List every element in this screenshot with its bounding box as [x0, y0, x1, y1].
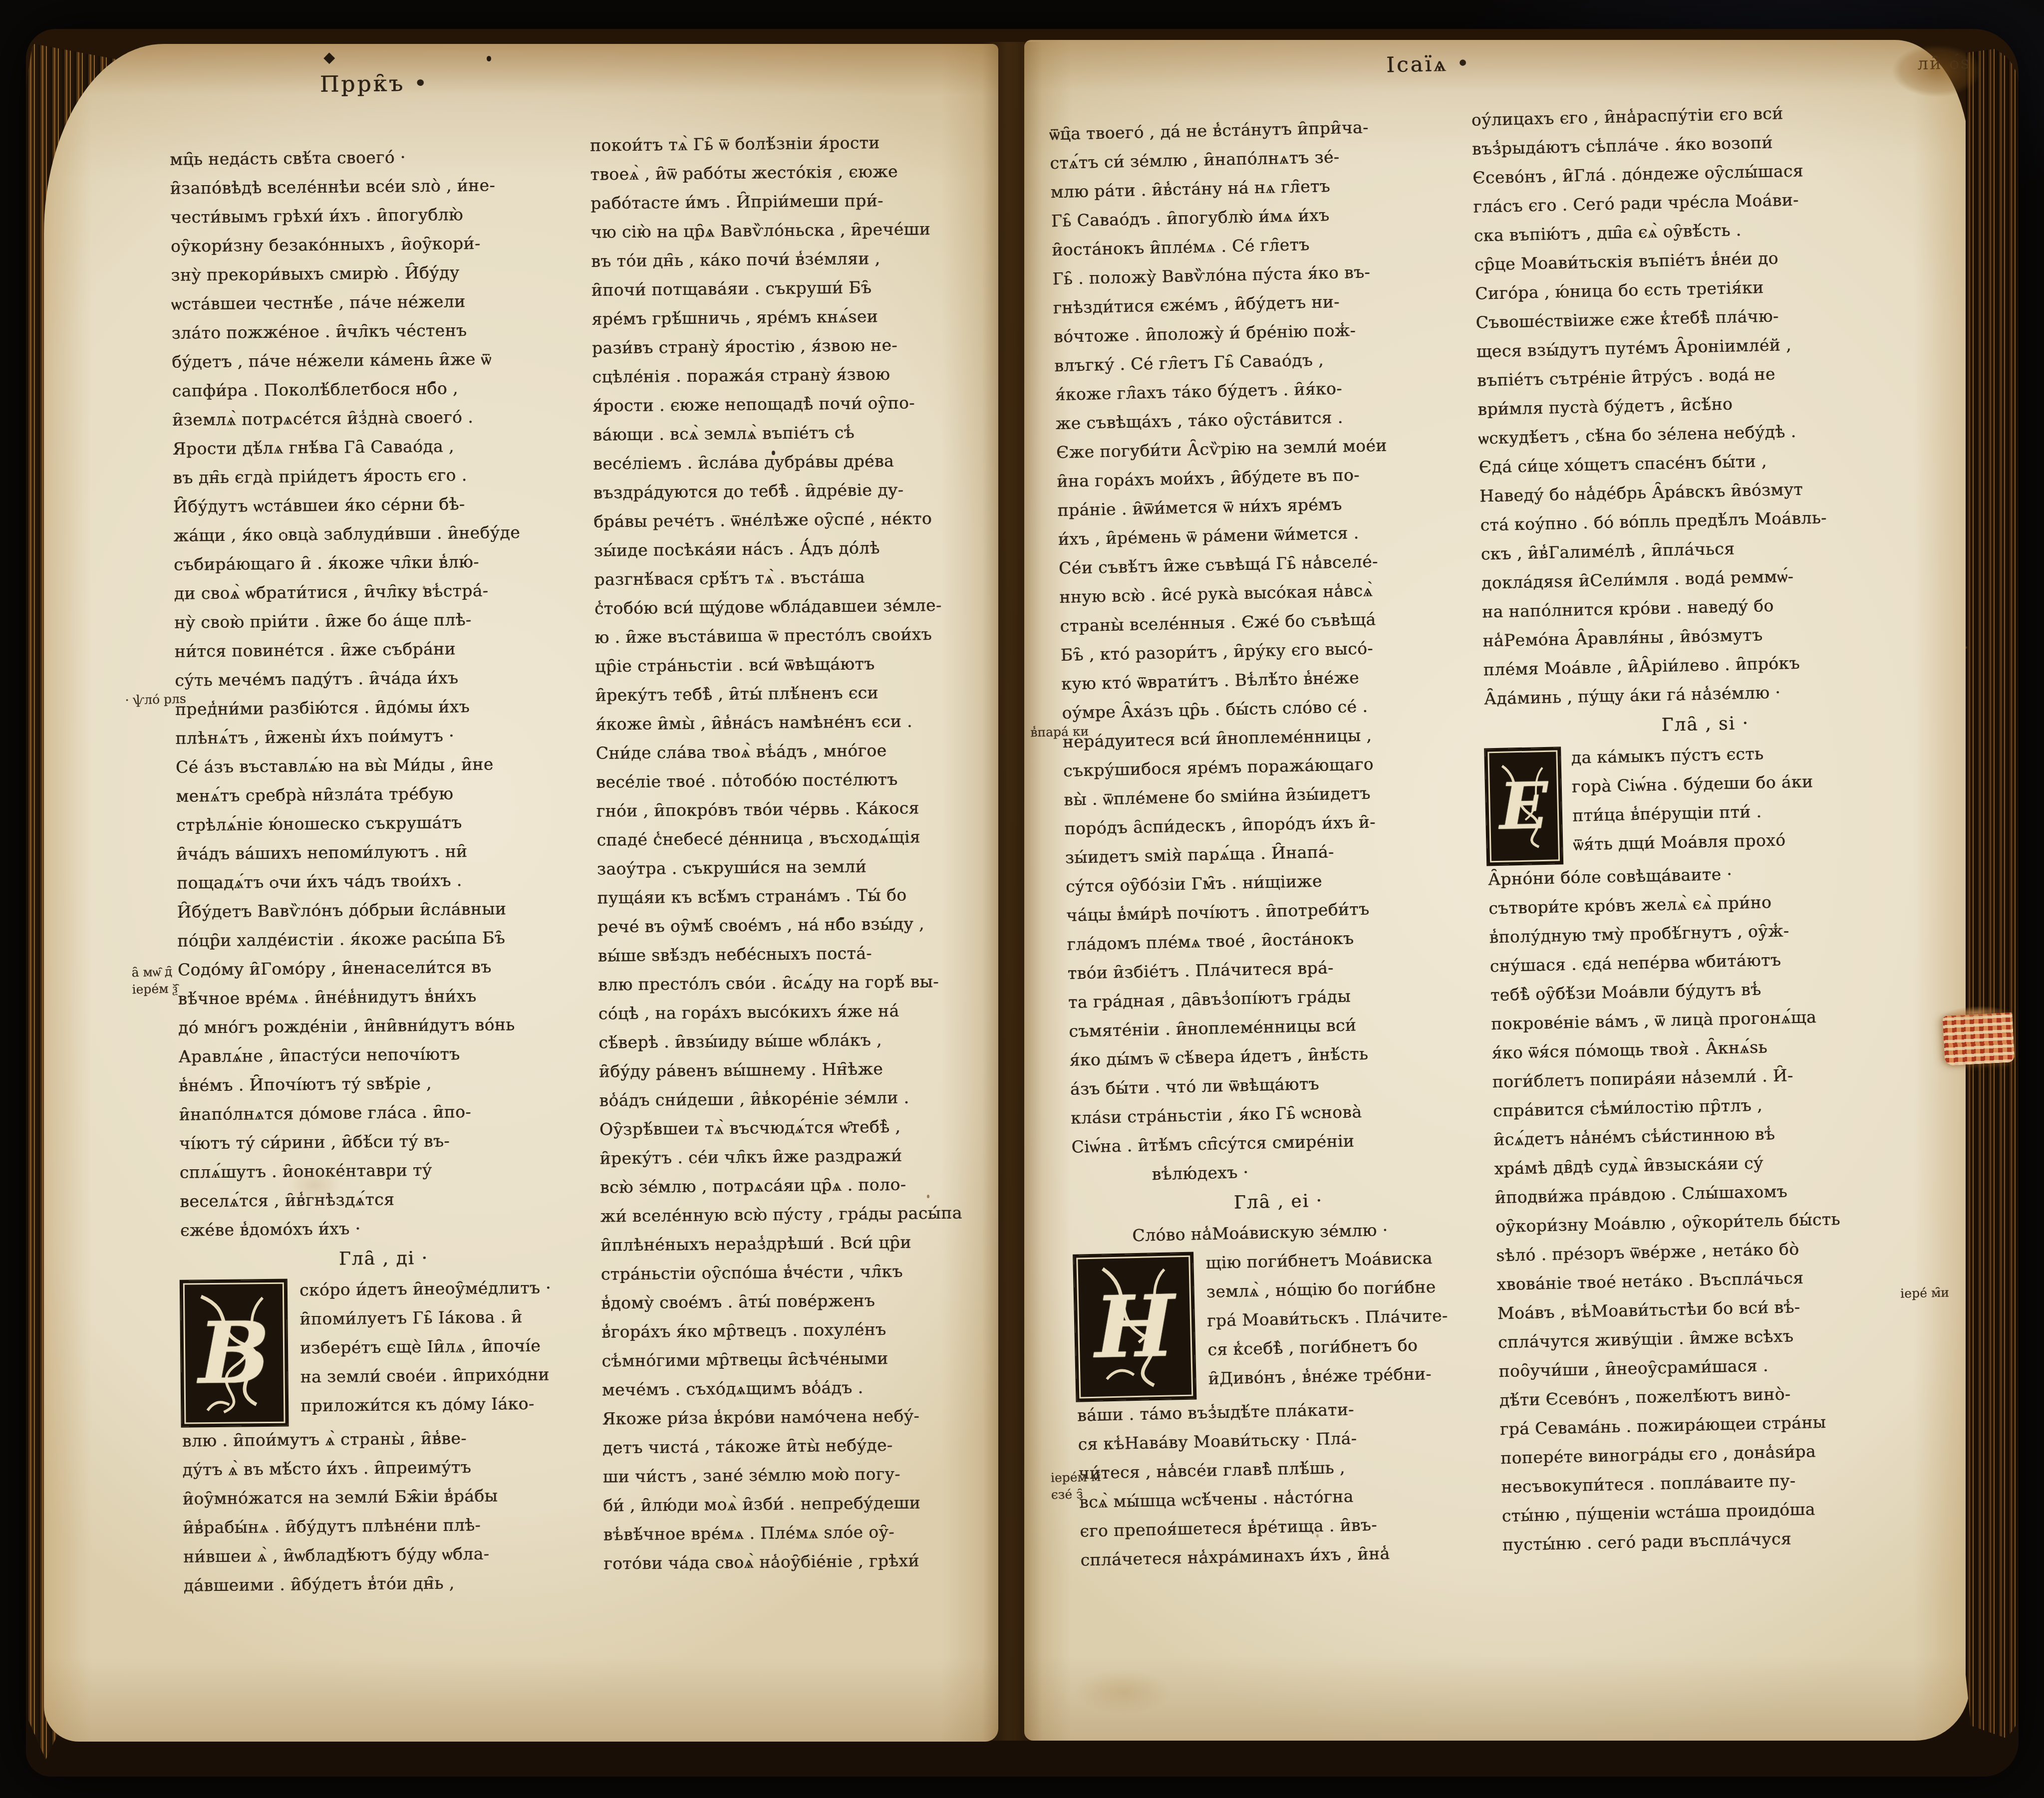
text-line: гото́ви ча́да своѧ̀ на̾оу̑біе́ніе , грѣх… — [603, 1545, 1017, 1578]
text-line: Се́ а́зъ въставлѧ́ю на вы̀ Ми́ды , и̑не — [176, 749, 583, 782]
text-line: покои́тъ тѧ̀ Гь̑ ѿ болѣ́зніи я́рости — [590, 127, 1004, 160]
text-line: Оу̑зрѣ́вшеи тѧ̀ въсчюдѧ́тся ѡ̑тебѣ̀ , — [599, 1111, 1013, 1144]
text-line: избере́тъ єщѐ Іи̑лѧ , и̑почі́е — [300, 1331, 552, 1363]
text-line: ю . и̑же въста́виша ѿ престо́лъ свои́хъ — [594, 619, 1008, 652]
text-line: стра́ньстіи оу̑спо́ша в̾че́сти , чл̑къ — [600, 1256, 1014, 1289]
text-line: менѧ́тъ сребра̀ ни̑зла́та тре́бую — [176, 778, 583, 811]
text-line: Якоже ри́за в̾кро́ви намо́чена небу́- — [602, 1401, 1016, 1434]
running-title-left: Пррк̑ъ • — [320, 71, 429, 97]
text-line: събира́ющаго и̑ . я́коже чл̑ки в̾лю́- — [174, 546, 581, 579]
text-line: су́ть мече́мъ паду́тъ . и̑ча́да и́хъ — [175, 662, 582, 695]
text-line: и̑землѧ̀ потрѧсе́тся и̑з̾дна̀ своего́ . — [172, 402, 579, 435]
text-line: и̑запо́вѣдѣ вселе́ннѣи все́и ѕло̀ , и́не… — [170, 170, 577, 203]
text-line: въздра́дуются до тебѣ̀ . и̑дре́віе ду- — [593, 475, 1007, 508]
text-line: да́вшеими . и̑бу́детъ в̾то́и дн̑ь , — [183, 1567, 590, 1600]
text-line: ва́ющи . всѧ̀ землѧ̀ въпіе́тъ съ̾ — [592, 417, 1006, 450]
text-line: зла́то пожже́ное . и̑чл̑къ че́стенъ — [171, 315, 578, 348]
text-line: ши чи́стъ , зане́ зе́млю мою̀ погу- — [602, 1459, 1016, 1492]
text-line: въ то́и дн̑ь , ка́ко почи́ в̾зе́мляи , — [591, 243, 1005, 276]
text-line: всю̀ зе́млю , потрѧса́яи цр̑ѧ . поло- — [600, 1169, 1014, 1202]
text-line: весе́ліемъ . и̑сла́ва дубра́вы дре́ва — [593, 446, 1007, 479]
text-line: гра́ Моави́тьскъ . Пла́чите- — [1206, 1301, 1448, 1335]
text-line: ѡста́вшеи честнѣ́е , па́че не́жели — [171, 286, 578, 319]
text-line: и̑Диво́нъ , в̾не́же тре́бни- — [1208, 1359, 1450, 1393]
text-line: сапфи́ра . Поколѣ́блетбося нб̑о , — [172, 373, 579, 406]
text-line: зы́иде посѣка́яи на́съ . А́дъ до́лѣ — [593, 532, 1007, 565]
text-line: влю . и̑пои́мутъ ѧ̀ страны̀ , и̑в̾ве- — [182, 1423, 589, 1456]
text-line: вы́ше ѕвѣ́здъ небе́сныхъ поста́- — [597, 938, 1011, 971]
running-title-right: Ісаїѧ • — [1386, 51, 1471, 78]
text-line: и̑оу̑мно́жатся на земли́ Бж̑іи в̾ра́бы — [183, 1481, 589, 1514]
text-line: жи́ вселе́нную всю̀ пу́сту , гра́ды расы… — [600, 1198, 1014, 1231]
text-line: детъ чиста́ , та́коже и̑ты̀ небу́де- — [602, 1430, 1016, 1463]
text-line: сѣ́верѣ . и̑взы́иду вы́ше ѡбла́къ , — [598, 1025, 1012, 1057]
initial-letter: Е — [1499, 774, 1549, 839]
woven-ribbon-bookmark — [1942, 1012, 2015, 1065]
text-line: чести́вымъ грѣхи́ и́хъ . и̑погублю̀ — [170, 199, 577, 232]
margin-note-cross-refs: а̑ мѡ̑ д̑ іере́м ѯ̑ — [131, 963, 178, 998]
text-line: и̑поми́луетъ Гь̑ Іа́кова . и̑ — [299, 1302, 551, 1334]
text-line: на земли́ свое́и . и̑прихо́дни — [300, 1360, 552, 1392]
text-line: ду́тъ ѧ̀ въ мѣ́сто и́хъ . и̑преиму́тъ — [182, 1452, 589, 1485]
text-line: зну̀ прекори́выхъ смирю̀ . И̑бу́ду — [171, 257, 578, 290]
text-line: с̾тобо́ю вси́ щу́дове ѡбла́давшеи зе́мле… — [594, 590, 1008, 623]
text-line: ся к̾себѣ̀ , поги́бнетъ бо — [1207, 1330, 1449, 1364]
text-line: яре́мъ грѣ́шничь , яре́мъ кнѧ́ѕеи — [591, 301, 1005, 334]
folio-number: ли̑ ѻ́ѕ — [1917, 53, 1971, 74]
text-line: рече́ въ оу̑мѣ́ свое́мъ , на́ нб̑о взы́д… — [597, 909, 1011, 942]
text-line: я́рости . єюже непощадѣ̀ почи́ оу̑по- — [592, 388, 1006, 421]
text-line: бу́детъ , па́че не́жели ка́мень и̑же ѿ — [172, 344, 579, 377]
text-line: Содо́му и̑Гомо́ру , и̑ненасели́тся въ — [178, 952, 584, 985]
text-column-2: покои́тъ тѧ̀ Гь̑ ѿ болѣ́зніи я́роститвое… — [590, 127, 1017, 1578]
text-line: в̾не́мъ . И̑почі́ютъ ту́ ѕвѣ́ріе , — [179, 1067, 585, 1100]
text-line: пуща́яи къ всѣ́мъ страна́мъ . Ты́ бо — [597, 880, 1011, 913]
text-line: заоу́тра . съкруши́ся на земли́ — [597, 851, 1011, 884]
text-line: щію поги́бнетъ Моа́виска — [1205, 1243, 1447, 1278]
text-line: да ка́мыкъ пу́стъ єсть — [1571, 738, 1813, 772]
gutter-note-chronicles-ref: в̾пара́ ки — [1030, 723, 1089, 742]
ornate-initial-E: Е — [1485, 748, 1562, 865]
text-line: и̑реку́тъ тебѣ̀ , и̑ты́ плѣ́ненъ єси — [595, 677, 1009, 710]
text-column-3: ѿц̑а твоего́ , да́ не в̾ста́нутъ и̑при̑ч… — [1049, 111, 1491, 1574]
text-line: чі́ютъ ту́ си́рини , и̑бѣ́си ту́ въ- — [179, 1125, 586, 1158]
text-column-1: мц̑ь неда́сть свѣ́та своего́ ·и̑запо́вѣд… — [170, 141, 590, 1600]
text-line: въ дн̑ь єгда̀ пріи́детъ я́рость єго . — [173, 460, 580, 493]
text-line: рабо́тасте и́мъ . И̑пріи́меши при́- — [590, 185, 1004, 218]
text-line: и̑в̾рабы́нѧ . и̑бу́дутъ плѣне́ни плѣ- — [183, 1510, 589, 1542]
text-line: и̑реку́тъ . се́и чл̑къ и̑же раздражи́ — [599, 1140, 1013, 1173]
text-line: И̑бу́детъ Вавѷло́нъ до́брыи и̑сла́вныи — [177, 894, 584, 927]
text-line: и̑напо́лнѧтся до́мове гла́са . и̑по- — [179, 1096, 585, 1129]
text-line: и̑ча́дъ ва́шихъ непоми́луютъ . ни̑ — [176, 836, 583, 869]
text-line: мече́мъ . съхо́дѧщимъ во̾а́дъ . — [602, 1372, 1016, 1405]
text-line: Ярости дѣ́лѧ гнѣ́ва Га̑ Савао́да , — [172, 431, 579, 464]
ornate-initial-V: В — [181, 1280, 288, 1427]
chapter-heading-14: Гла̑ , ді · — [180, 1241, 587, 1277]
text-line: съ̾мно́гими мр̑твецы и̑сѣче́ными — [601, 1343, 1015, 1376]
ornate-initial-N: Н — [1074, 1253, 1195, 1401]
text-line: би́ , и̑лю́ди моѧ̀ и̑зби́ . непребу́деши — [603, 1488, 1017, 1521]
text-line: разгнѣ́вася срѣ́тъ тѧ̀ . въста́ша — [594, 561, 1008, 594]
text-line: вѣ́чное вре́мѧ . и̑не́в̾нидутъ в̾ни́хъ — [178, 981, 584, 1014]
header-ornament-icon: ◆ — [323, 49, 335, 66]
text-line: землѧ̀ , но́щію бо поги́бне — [1206, 1272, 1448, 1306]
gutter-note-ezekiel-ref: єзе́ з̑ — [1051, 1486, 1101, 1504]
text-line: со́цѣ , на гора́хъ высо́кихъ я́же на́ — [598, 996, 1012, 1028]
text-line: пощадѧ́тъ ѻчи и́хъ ча́дъ твои́хъ . — [177, 865, 584, 898]
text-line: и̑почи́ потщава́яи . съкруши́ Бъ̑ — [591, 272, 1005, 305]
text-line: твоеѧ̀ , и̑ѿ рабо́ты жесто́кія , єюже — [590, 156, 1004, 189]
text-line: жа́щи , я́ко ѻвца̀ заблуди́вши . и̑небу́… — [173, 517, 580, 550]
text-line: сцѣле́нія . поража́я страну̀ я́звою — [592, 359, 1006, 392]
text-line: Аравлѧ́не , и̑пасту́си непочі́ютъ — [178, 1038, 585, 1071]
text-line: Сни́де сла́ва твоѧ̀ въ̾а́дъ , мно́гое — [595, 735, 1009, 768]
ink-specks — [487, 56, 491, 61]
text-line: до́ мно́гъ рожде́ніи , и̑ни̑вни́дутъ во́… — [178, 1010, 585, 1042]
text-line: по́цр̑и халде́истіи . я́коже расы́па Бъ̑ — [177, 923, 584, 956]
text-line: рази́въ страну̀ я́ростію , я́звою не- — [592, 330, 1006, 363]
text-line: ди своѧ̀ ѡбрати́тися , и̑чл̑ку въ̾стра́- — [174, 575, 581, 608]
text-line: в̾гора́хъ я́ко мр̑твецъ . похуле́нъ — [601, 1314, 1015, 1347]
text-line: я́коже и̑мы̀ , и̑в̾на́съ намѣне́нъ єси . — [595, 706, 1009, 739]
text-line: бра́вы рече́тъ . ѿне́лѣже оу̑спе́ , не́к… — [593, 504, 1007, 536]
text-line: єже́ве в̾домо́хъ и́хъ · — [180, 1212, 587, 1245]
text-line: влю престо́лъ сво́и . и̑сѧ́ду на горѣ́ в… — [598, 967, 1012, 1000]
text-line: ни́тся повине́тся . и̑же събра́ни — [174, 633, 581, 666]
text-line: гно́и , и̑покро́въ тво́и че́рвь . Ка́кос… — [596, 793, 1010, 826]
text-line: ѿя́ть дщи́ Моа́вля прохо́ — [1573, 825, 1815, 859]
text-line: пред̾ни́ми разбію́тся . и̑до́мы и́хъ — [175, 691, 582, 724]
text-line: стрѣлѧ́ніе ю́ношеско съкруша́тъ — [176, 807, 583, 840]
margin-note-amos-ref: а̑ мѡ̑ д̑ — [131, 963, 177, 981]
text-line: ско́ро и́детъ и̑неоу̑ме́длитъ · — [299, 1274, 551, 1305]
text-line: цр̑іе стра́ньстіи . вси́ ѿвѣща́ютъ — [595, 648, 1009, 681]
photo-of-open-antique-bible: { "book": { "left_running_title": "Пррк̑… — [0, 0, 2044, 1798]
text-line: оу̑кори́зну безако́нныхъ , и̑оу̑кори́- — [171, 228, 578, 261]
text-line: гора̀ Сіѡ́на . бу́деши бо а́ки — [1571, 767, 1813, 801]
left-page-content: ◆ Пррк̑ъ • мц̑ь неда́сть свѣ́та своего́ … — [44, 39, 1015, 1746]
text-line: пти́ца в̾пе́рущіи пти́ . — [1572, 796, 1814, 830]
text-line: весе́ліе твое́ . по̾тобо́ю посте́лютъ — [596, 764, 1010, 797]
right-page-content: Ісаїѧ • ли̑ ѻ́ѕ ѿц̑а твоего́ , да́ не в̾… — [1024, 21, 2007, 1742]
text-line: спаде́ с̾небесе́ де́нница , въсходѧ́щія — [596, 822, 1010, 855]
text-column-4: оу́лицахъ єго , и̑на̾распу́тіи єго вси́в… — [1471, 96, 1944, 1560]
text-line: в̾дому̀ свое́мъ . а̑ты́ пове́рженъ — [601, 1285, 1015, 1318]
text-line: мц̑ь неда́сть свѣ́та своего́ · — [170, 141, 577, 174]
text-line: чю сію̀ на цр̑ѧ Вавѷло́ньска , и̑рече́ши — [590, 214, 1004, 247]
text-line: и̑плѣне́ныхъ нераз̾дрѣши́ . Вси́ цр̑и — [600, 1227, 1014, 1260]
text-line: въ̾вѣ́чное вре́мѧ . Пле́мѧ ѕло́е оу̑- — [603, 1517, 1017, 1549]
text-line: веселѧ́тся , и̑в̾гнѣздѧ́тся — [180, 1183, 586, 1216]
text-line: ни́вшеи ѧ̀ , и̑ѡбладѣ́ютъ бу́ду ѡбла- — [183, 1539, 590, 1571]
initial-letter: В — [198, 1310, 271, 1396]
gutter-note-cross-refs: іере́м м̑ єзе́ з̑ — [1050, 1469, 1101, 1504]
outer-margin-note-jeremiah-ref: іере́ м̑и — [1900, 1284, 1949, 1302]
text-line: сплѧ́шутъ . и̑оноке́нтаври ту́ — [179, 1154, 586, 1187]
text-line: И̑бу́дутъ ѡста́вшеи я́ко се́рни бѣ- — [173, 489, 580, 521]
text-line: приложи́тся къ до́му Іа́ко- — [300, 1389, 552, 1421]
text-line: плѣнѧ́тъ , и̑жены̀ и́хъ пои́мутъ · — [175, 720, 582, 753]
margin-note-jeremiah-ref: іере́м ѯ̑ — [132, 980, 178, 998]
initial-letter: Н — [1094, 1284, 1175, 1370]
gutter-note-jeremiah-ref: іере́м м̑ — [1050, 1469, 1101, 1487]
text-line: во̾а́дъ сни́деши , и̑в̾коре́ніе зе́мли . — [599, 1082, 1013, 1115]
text-line: и̑бу́ду ра́венъ вы́шнему . Нн̑ѣже — [598, 1053, 1012, 1086]
margin-note-psalm-ref: · ѱло́ рлѕ — [125, 690, 186, 709]
text-line: ну̀ свою̀ пріи́ти . и̑же бо а́ще плѣ- — [174, 604, 581, 637]
